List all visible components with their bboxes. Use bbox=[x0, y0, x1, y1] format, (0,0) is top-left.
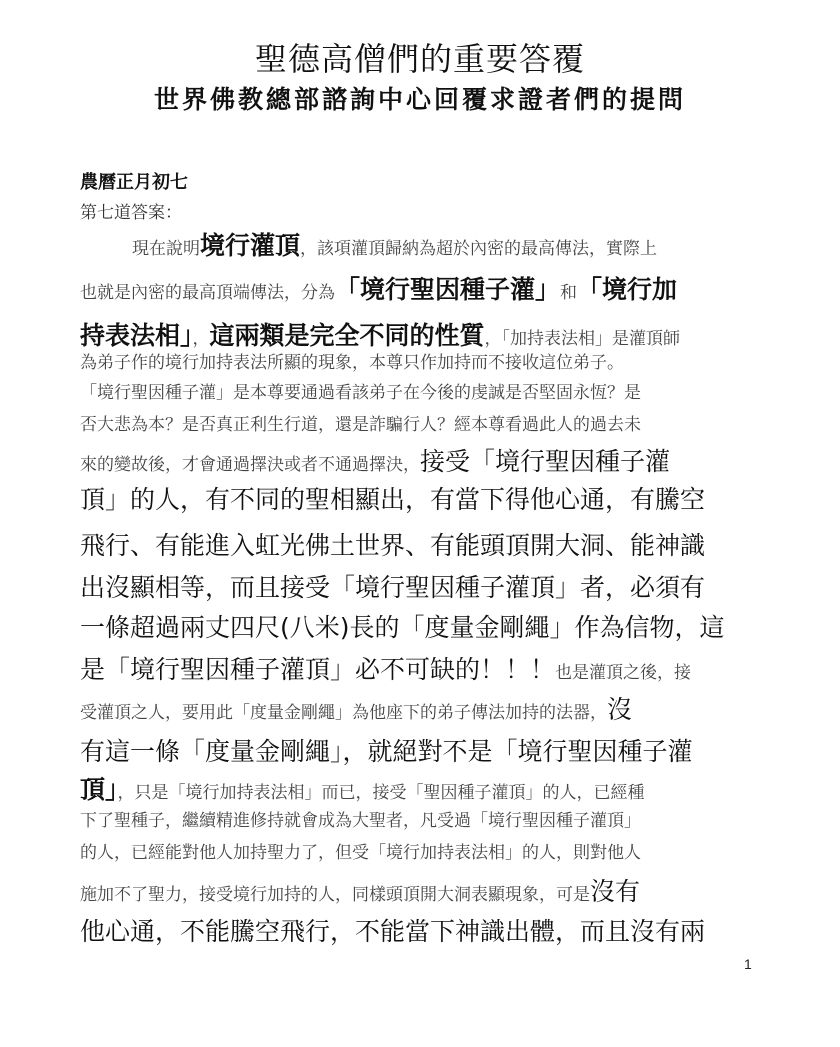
text-run: ，只是「境行加持表法相」而已，接受「聖因種子灌頂」的人，已經種 bbox=[118, 783, 645, 803]
text-run: 「境行聖因種子灌」是本尊要通過看該弟子在今後的虔誠是否堅固永恆？是 bbox=[80, 383, 641, 403]
emphasized-text-run: 頂」 bbox=[80, 775, 118, 804]
emphasized-text-run: 他心通，不能騰空飛行，不能當下神識出體，而且沒有兩 bbox=[80, 917, 705, 946]
text-line: 飛行、有能進入虹光佛土世界、有能頭頂開大洞、能神識 bbox=[80, 526, 760, 562]
document-title: 聖德高僧們的重要答覆 bbox=[0, 34, 840, 80]
text-line: 出沒顯相等，而且接受「境行聖因種子灌頂」者，必須有 bbox=[80, 568, 760, 604]
text-line: 有這一條「度量金剛繩」，就絕對不是「境行聖因種子灌 bbox=[80, 732, 760, 768]
text-line: 「境行聖因種子灌」是本尊要通過看該弟子在今後的虔誠是否堅固永恆？是 bbox=[80, 378, 760, 403]
text-run: 受灌頂之人，要用此「度量金剛繩」為他座下的弟子傳法加持的法器， bbox=[80, 703, 607, 723]
text-line: 為弟子作的境行加持表法所顯的現象，本尊只作加持而不接收這位弟子。 bbox=[80, 348, 760, 373]
emphasized-text-run: 有這一條「度量金剛繩」，就絕對不是「境行聖因種子灌 bbox=[80, 737, 693, 766]
text-run: ，該項灌頂歸納為超於內密的最高傳法，實際上 bbox=[300, 239, 657, 259]
text-line: 一條超過兩丈四尺(八米)長的「度量金剛繩」作為信物，這 bbox=[80, 608, 760, 644]
answer-label: 第七道答案： bbox=[80, 198, 760, 223]
emphasized-text-run: 「境行聖因種子灌」 bbox=[335, 275, 560, 304]
date-heading: 農曆正月初七 bbox=[80, 168, 760, 194]
text-run: 為弟子作的境行加持表法所顯的現象，本尊只作加持而不接收這位弟子。 bbox=[80, 353, 624, 373]
document-page: 聖德高僧們的重要答覆 世界佛教總部諮詢中心回覆求證者們的提問 農曆正月初七 第七… bbox=[0, 0, 840, 1047]
text-run: 也就是內密的最高頂端傳法，分為 bbox=[80, 283, 335, 303]
emphasized-text-run: 沒有 bbox=[590, 877, 640, 906]
emphasized-text-run: 這兩類是完全不同的性質 bbox=[210, 321, 485, 350]
emphasized-text-run: 接受「境行聖因種子灌 bbox=[420, 447, 670, 476]
text-run: ，「加持表法相」是灌頂師 bbox=[485, 329, 681, 349]
text-line: 現在說明境行灌頂，該項灌頂歸納為超於內密的最高傳法，實際上 bbox=[132, 226, 812, 262]
text-run: 否大悲為本？是否真正利生行道，還是詐騙行人？經本尊看過此人的過去未 bbox=[80, 415, 641, 435]
emphasized-text-run: 境行灌頂 bbox=[200, 231, 300, 260]
emphasized-text-run: 頂」的人，有不同的聖相顯出，有當下得他心通，有騰空 bbox=[80, 485, 705, 514]
text-line: 頂」的人，有不同的聖相顯出，有當下得他心通，有騰空 bbox=[80, 480, 760, 516]
emphasized-text-run: 出沒顯相等，而且接受「境行聖因種子灌頂」者，必須有 bbox=[80, 573, 705, 602]
page-number: 1 bbox=[744, 956, 752, 972]
text-line: 持表法相」，這兩類是完全不同的性質，「加持表法相」是灌頂師 bbox=[80, 316, 760, 352]
text-line: 受灌頂之人，要用此「度量金剛繩」為他座下的弟子傳法加持的法器，沒 bbox=[80, 690, 760, 726]
text-line: 下了聖種子，繼續精進修持就會成為大聖者，凡受過「境行聖因種子灌頂」 bbox=[80, 806, 760, 831]
text-run: 施加不了聖力，接受境行加持的人，同樣頭頂開大洞表顯現象，可是 bbox=[80, 885, 590, 905]
text-run: 來的變故後，才會通過擇決或者不通過擇決， bbox=[80, 455, 420, 475]
text-run: 也是灌頂之後，接 bbox=[555, 663, 691, 683]
emphasized-text-run: 「境行加 bbox=[577, 275, 677, 304]
document-subtitle: 世界佛教總部諮詢中心回覆求證者們的提問 bbox=[0, 80, 840, 116]
text-run: ， bbox=[193, 329, 210, 349]
text-line: 頂」，只是「境行加持表法相」而已，接受「聖因種子灌頂」的人，已經種 bbox=[80, 770, 760, 806]
text-line: 來的變故後，才會通過擇決或者不通過擇決，接受「境行聖因種子灌 bbox=[80, 442, 760, 478]
text-line: 是「境行聖因種子灌頂」必不可缺的！！！也是灌頂之後，接 bbox=[80, 650, 760, 686]
text-run: 的人，已經能對他人加持聖力了，但受「境行加持表法相」的人，則對他人 bbox=[80, 843, 641, 863]
emphasized-text-run: 是「境行聖因種子灌頂」必不可缺的！！！ bbox=[80, 655, 555, 684]
text-run: 現在說明 bbox=[132, 239, 200, 259]
text-line: 也就是內密的最高頂端傳法，分為「境行聖因種子灌」和「境行加 bbox=[80, 270, 760, 306]
text-line: 的人，已經能對他人加持聖力了，但受「境行加持表法相」的人，則對他人 bbox=[80, 838, 760, 863]
text-line: 他心通，不能騰空飛行，不能當下神識出體，而且沒有兩 bbox=[80, 912, 760, 948]
text-line: 否大悲為本？是否真正利生行道，還是詐騙行人？經本尊看過此人的過去未 bbox=[80, 410, 760, 435]
emphasized-text-run: 一條超過兩丈四尺(八米)長的「度量金剛繩」作為信物，這 bbox=[80, 613, 725, 642]
text-line: 施加不了聖力，接受境行加持的人，同樣頭頂開大洞表顯現象，可是沒有 bbox=[80, 872, 760, 908]
emphasized-text-run: 沒 bbox=[607, 695, 632, 724]
text-run: 和 bbox=[560, 283, 577, 303]
emphasized-text-run: 飛行、有能進入虹光佛土世界、有能頭頂開大洞、能神識 bbox=[80, 531, 705, 560]
emphasized-text-run: 持表法相」 bbox=[80, 321, 193, 350]
text-run: 下了聖種子，繼續精進修持就會成為大聖者，凡受過「境行聖因種子灌頂」 bbox=[80, 811, 641, 831]
